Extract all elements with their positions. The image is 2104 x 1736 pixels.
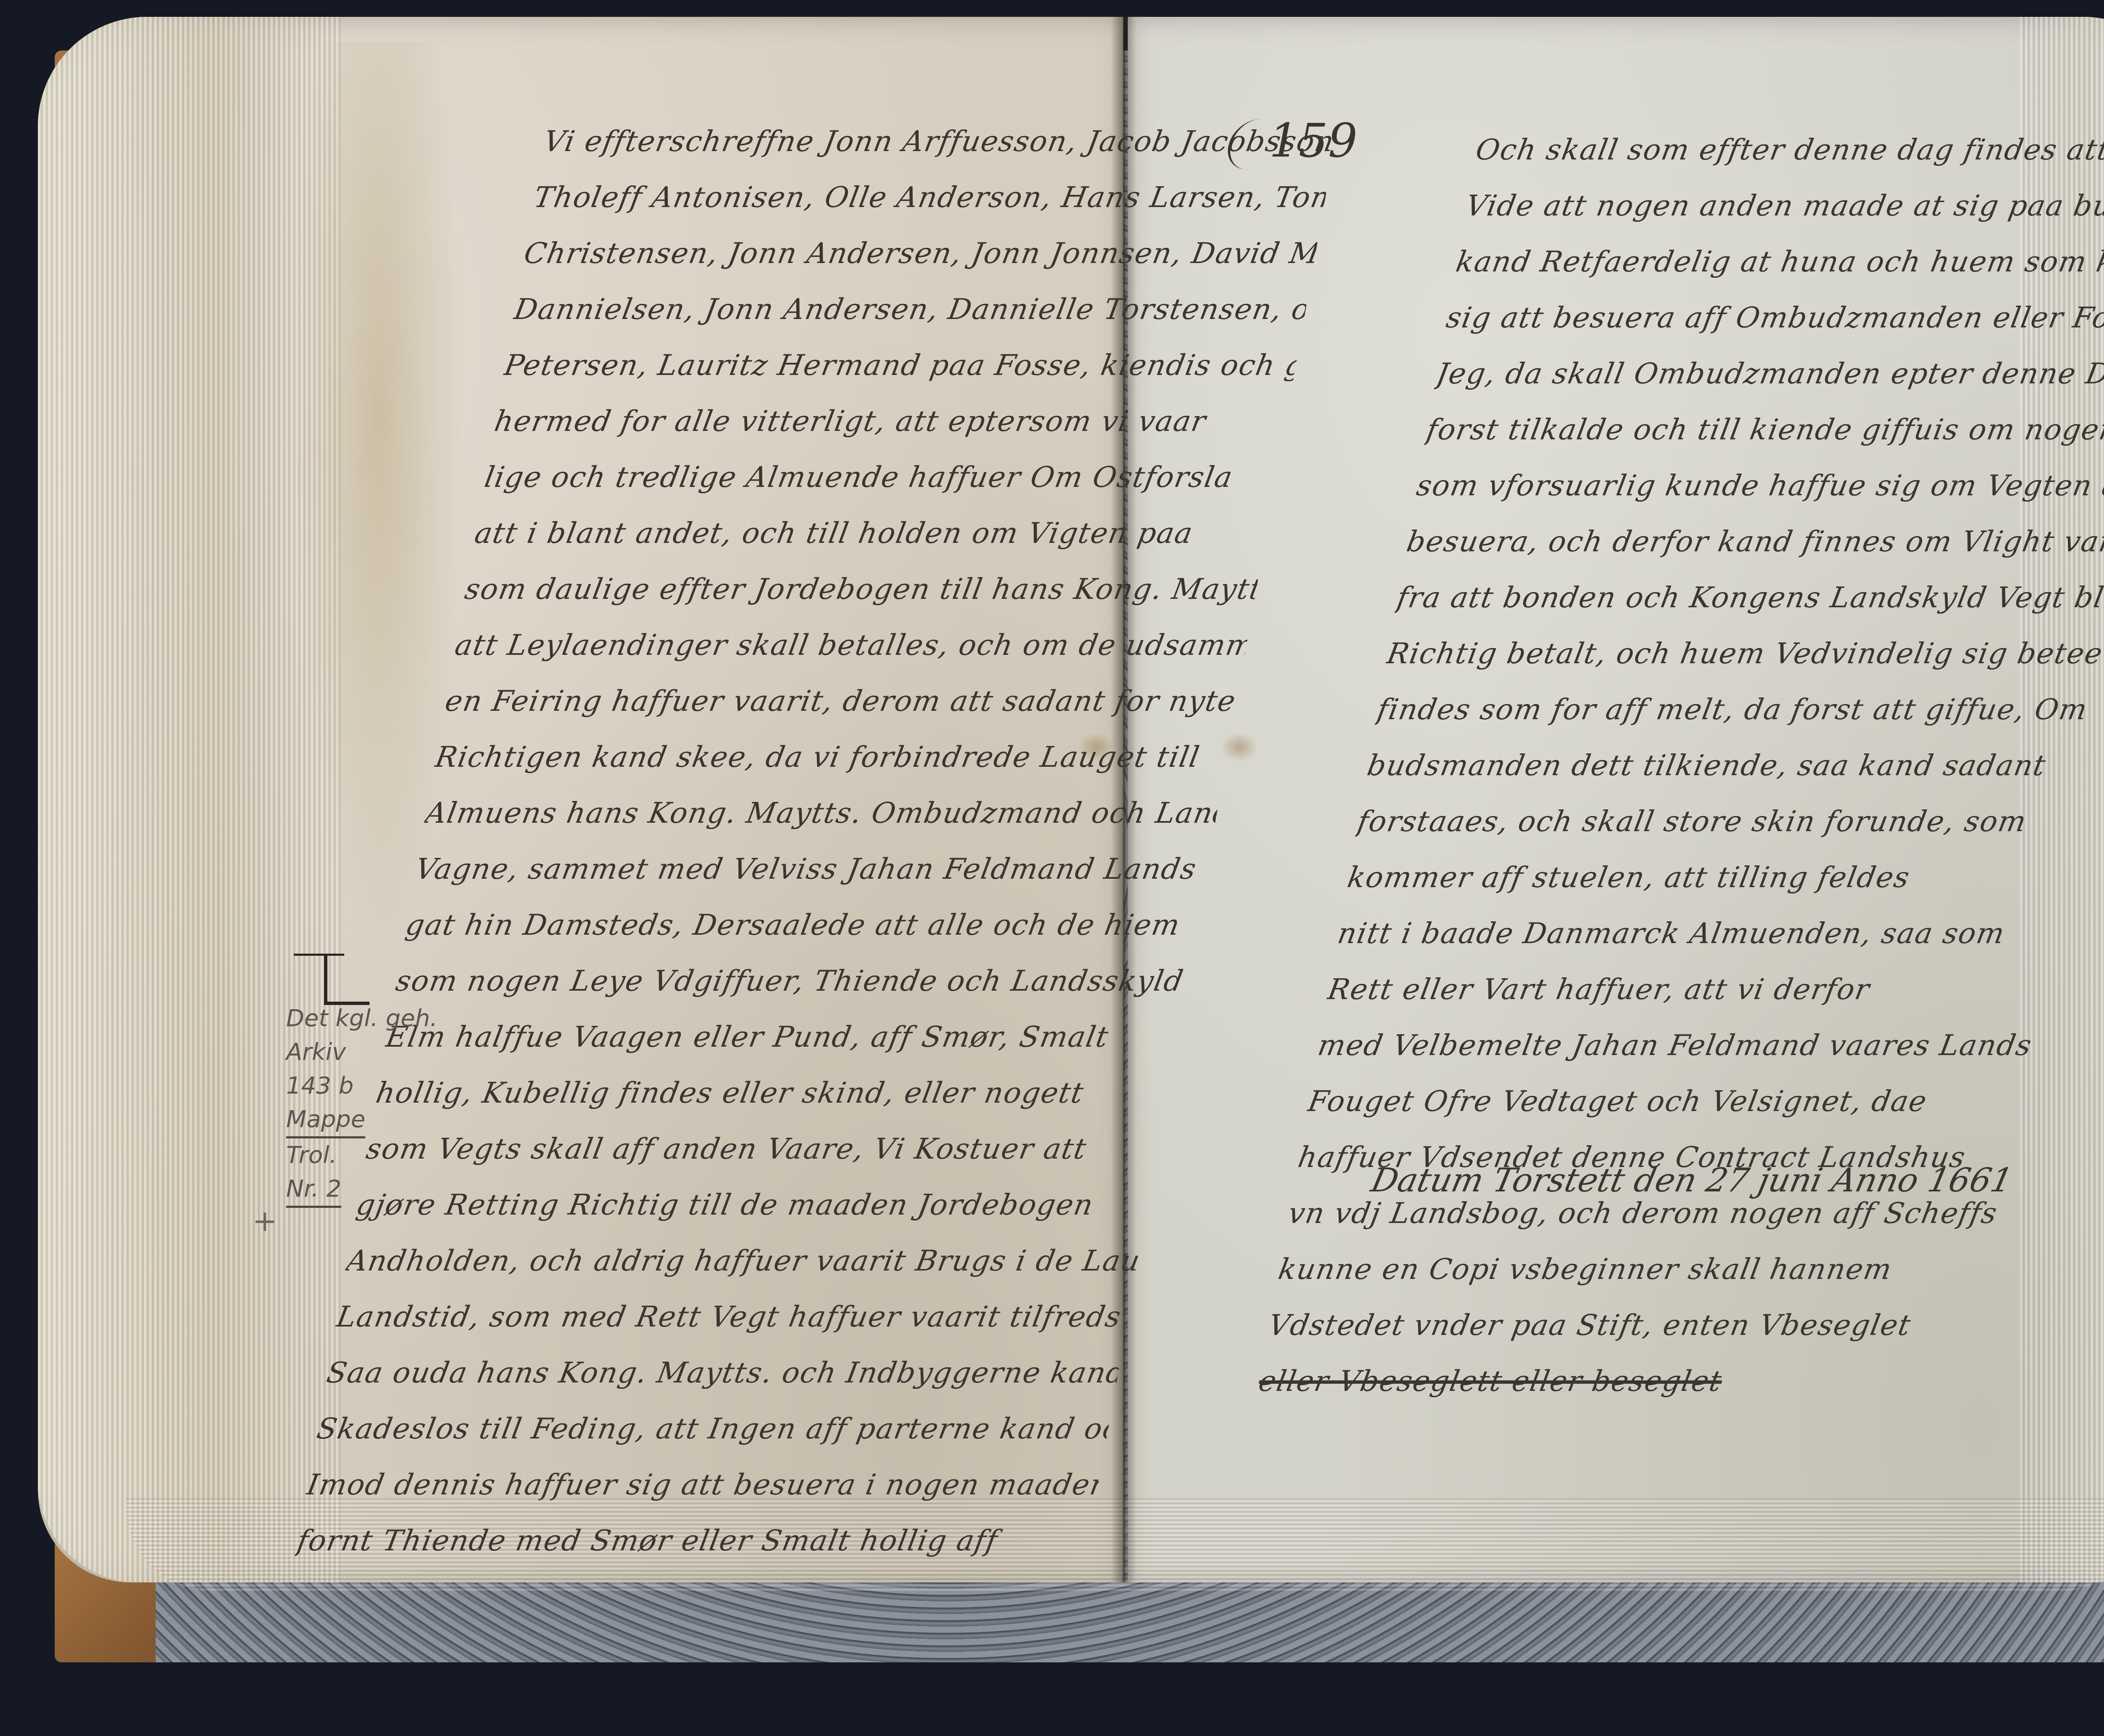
struck-text-line: eller Vbeseglett eller beseglet — [1254, 1353, 2084, 1409]
margin-note-line: Nr. 2 — [286, 1172, 341, 1208]
text-line: Dannielsen, Jonn Andersen, Dannielle Tor… — [510, 282, 1310, 338]
text-line: Richtig betalt, och huem Vedvindelig sig… — [1382, 626, 2104, 682]
text-line: Landstid, som med Rett Vegt haffuer vaar… — [332, 1289, 1133, 1345]
text-line: som daulige effter Jordebogen till hans … — [460, 561, 1261, 617]
text-line: Richtigen kand skee, da vi forbindrede L… — [430, 729, 1231, 785]
text-line: en Feiring haffuer vaarit, derom att sad… — [441, 673, 1241, 729]
text-line: nitt i baade Danmarck Almuenden, saa som — [1333, 906, 2104, 962]
text-line: kand Retfaerdelig at huna och huem som k… — [1451, 234, 2104, 290]
margin-section-mark — [324, 955, 369, 1005]
text-line: Saa ouda hans Kong. Maytts. och Indbygge… — [322, 1345, 1123, 1401]
text-line: Vide att nogen anden maade at sig paa bu… — [1461, 178, 2104, 234]
text-line: med Velbemelte Jahan Feldmand vaares Lan… — [1313, 1018, 2104, 1074]
text-line: att i blant andet, och till holden om Vi… — [470, 505, 1271, 561]
text-line: Rett eller Vart haffuer, att vi derfor — [1323, 962, 2104, 1018]
text-line: fra att bonden och Kongens Landskyld Veg… — [1392, 570, 2104, 626]
page-number: 159 — [1229, 114, 1358, 170]
text-line: Skadeslos till Feding, att Ingen aff par… — [312, 1401, 1113, 1457]
text-line: Och skall som effter denne dag findes at… — [1471, 122, 2104, 178]
text-line: Petersen, Lauritz Hermand paa Fosse, kie… — [500, 338, 1301, 393]
text-line: att Leylaendinger skall betalles, och om… — [450, 617, 1251, 673]
margin-plus-mark: + — [252, 1204, 277, 1238]
text-line: som Vegts skall aff anden Vaare, Vi Kost… — [361, 1121, 1162, 1177]
closing-date-line: Datum Torstett den 27 juni Anno 1661 — [1368, 1162, 2104, 1199]
text-line: forst tilkalde och till kiende giffuis o… — [1422, 402, 2104, 458]
text-line: Imod dennis haffuer sig att besuera i no… — [303, 1457, 1103, 1513]
text-line: besuera, och derfor kand finnes om Vligh… — [1402, 514, 2104, 570]
text-line: forstaaes, och skall store skin forunde,… — [1353, 794, 2104, 850]
text-line: Elm halffue Vaagen eller Pund, aff Smør,… — [381, 1009, 1182, 1065]
margin-note-line: Trol. — [286, 1138, 446, 1172]
text-line: budsmanden dett tilkiende, saa kand sada… — [1363, 738, 2104, 794]
text-line: som vforsuarlig kunde haffue sig om Vegt… — [1412, 458, 2104, 514]
text-line: kommer aff stuelen, att tilling feldes — [1343, 850, 2104, 906]
text-line: Vdstedet vnder paa Stift, enten Vbesegle… — [1264, 1297, 2094, 1353]
text-line: Jeg, da skall Ombudzmanden epter denne D… — [1432, 346, 2104, 402]
text-line: Tholeff Antonisen, Olle Anderson, Hans L… — [529, 170, 1330, 226]
text-line: hermed for alle vitterligt, att eptersom… — [490, 393, 1291, 449]
text-line: Almuens hans Kong. Maytts. Ombudzmand oc… — [421, 785, 1222, 841]
text-line: Fouget Ofre Vedtaget och Velsignet, dae — [1304, 1074, 2104, 1130]
text-line: Andholden, och aldrig haffuer vaarit Bru… — [342, 1233, 1142, 1289]
margin-note-line: Arkiv — [286, 1035, 446, 1069]
text-line: som nogen Leye Vdgiffuer, Thiende och La… — [391, 953, 1192, 1009]
text-line: sig att besuera aff Ombudzmanden eller F… — [1442, 290, 2104, 346]
text-line: lige och tredlige Almuende haffuer Om Os… — [480, 449, 1281, 505]
page-number-bracket — [1222, 119, 1267, 170]
text-line: gat hin Damsteds, Dersaalede att alle oc… — [401, 897, 1202, 953]
margin-note-line: Det kgl. geh. — [286, 1002, 446, 1035]
text-line: Vi effterschreffne Jonn Arffuesson, Jaco… — [539, 114, 1340, 170]
text-line: hollig, Kubellig findes eller skind, ell… — [372, 1065, 1172, 1121]
margin-pencil-note: Det kgl. geh. Arkiv 143 b Mappe Trol. Nr… — [286, 1002, 446, 1208]
margin-note-line: 143 b — [286, 1069, 446, 1103]
text-line: Vagne, sammet med Velviss Jahan Feldmand… — [411, 841, 1212, 897]
margin-note-line: Mappe — [286, 1103, 365, 1138]
text-line: fornt Thiende med Smør eller Smalt holli… — [292, 1513, 1093, 1569]
text-line: kunne en Copi vsbeginner skall hannem — [1274, 1242, 2104, 1297]
text-line: gjøre Retting Richtig till de maaden Jor… — [352, 1177, 1153, 1233]
text-line: Christensen, Jonn Andersen, Jonn Jonnsen… — [520, 226, 1320, 282]
text-line: findes som for aff melt, da forst att gi… — [1373, 682, 2104, 738]
